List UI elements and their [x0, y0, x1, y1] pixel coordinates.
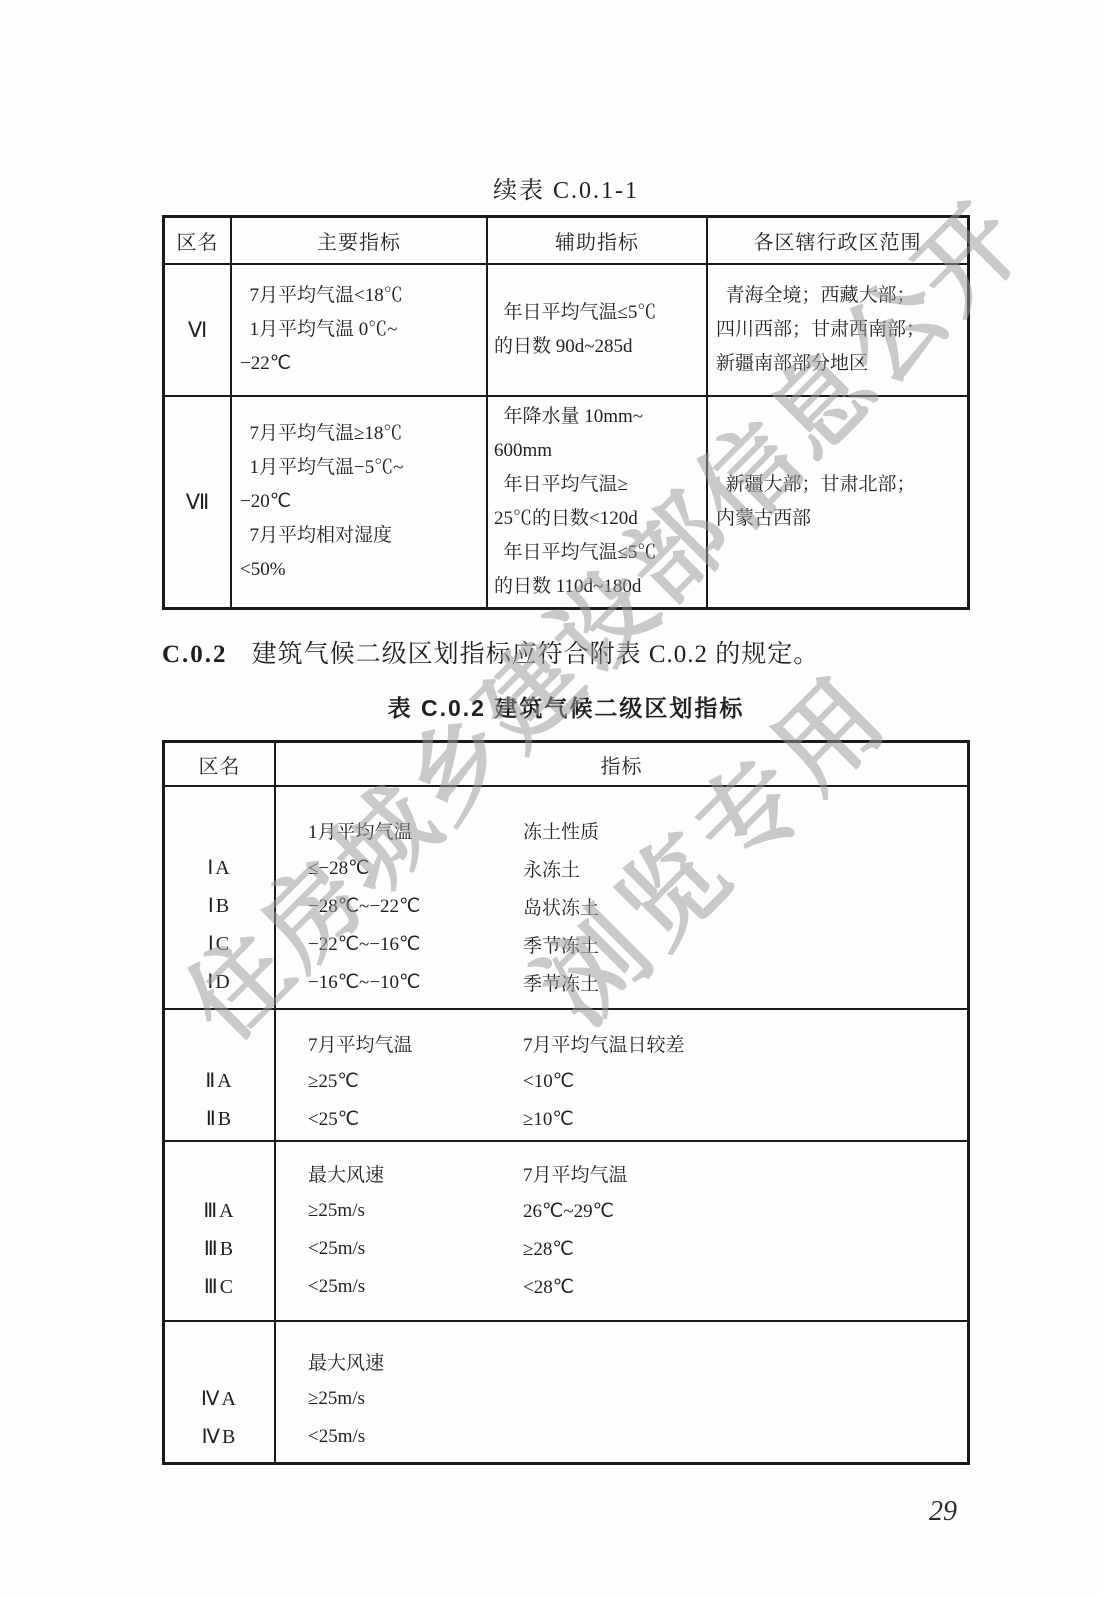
zone-label: ⅠA — [207, 849, 231, 887]
document-page: 续表 C.0.1-1 区名 主要指标 辅助指标 各区辖行政区范围 Ⅵ 7月平均气… — [0, 0, 1103, 1598]
main-indicator: 7月平均气温<18℃ 1月平均气温 0℃~ −22℃ — [232, 265, 488, 395]
indicator-line: −16℃~−10℃ 季节冻土 — [308, 963, 967, 1001]
indicator-header-line: 7月平均气温 7月平均气温日较差 — [308, 1024, 967, 1062]
zone-label: ⅢC — [204, 1268, 235, 1306]
table-row: Ⅶ 7月平均气温≥18℃ 1月平均气温−5℃~ −20℃ 7月平均相对湿度 <5… — [165, 397, 967, 607]
region-scope: 青海全境；西藏大部； 四川西部；甘肃西南部； 新疆南部部分地区 — [708, 265, 967, 395]
indicator-line: <25m/s — [308, 1418, 967, 1456]
table1-header-aux: 辅助指标 — [488, 218, 708, 263]
indicator-line: <25℃ ≥10℃ — [308, 1100, 967, 1138]
table2-title: 表 C.0.2 建筑气候二级区划指标 — [162, 690, 970, 723]
indicator-line: ≤−28℃ 永冻土 — [308, 849, 967, 887]
zone-label: ⅣA — [201, 1380, 238, 1418]
indicator-header-line: 1月平均气温 冻土性质 — [308, 811, 967, 849]
table1-header-row: 区名 主要指标 辅助指标 各区辖行政区范围 — [165, 218, 967, 265]
indicator-column: 最大风速 ≥25m/s <25m/s — [276, 1322, 967, 1462]
zone-label: ⅠC — [208, 925, 231, 963]
table-c011-continued: 区名 主要指标 辅助指标 各区辖行政区范围 Ⅵ 7月平均气温<18℃ 1月平均气… — [162, 215, 970, 610]
zone-label: ⅣB — [202, 1418, 238, 1456]
table2-section-3: ⅢA ⅢB ⅢC 最大风速 7月平均气温 ≥25m/s 26℃~29℃ <25m… — [165, 1142, 967, 1322]
region-scope: 新疆大部；甘肃北部； 内蒙古西部 — [708, 397, 967, 607]
zone-label-column: ⅠA ⅠB ⅠC ⅠD — [165, 787, 276, 1008]
table1-header-region: 各区辖行政区范围 — [708, 218, 967, 263]
indicator-column: 最大风速 7月平均气温 ≥25m/s 26℃~29℃ <25m/s ≥28℃ <… — [276, 1142, 967, 1320]
table2-header-row: 区名 指标 — [165, 743, 967, 787]
zone-label: ⅠD — [207, 963, 231, 1001]
table2-section-4: ⅣA ⅣB 最大风速 ≥25m/s <25m/s — [165, 1322, 967, 1462]
table-c02: 区名 指标 ⅠA ⅠB ⅠC ⅠD 1月平均气温 冻土性质 ≤−28℃ 永冻土 — [162, 740, 970, 1465]
zone-name: Ⅶ — [165, 397, 232, 607]
table2-header-zone: 区名 — [165, 743, 276, 785]
indicator-line: ≥25m/s — [308, 1380, 967, 1418]
indicator-line: −28℃~−22℃ 岛状冻土 — [308, 887, 967, 925]
aux-indicator: 年降水量 10mm~ 600mm 年日平均气温≥ 25℃的日数<120d 年日平… — [488, 397, 708, 607]
zone-label: ⅠB — [208, 887, 231, 925]
zone-label: ⅢB — [204, 1230, 235, 1268]
table1-title: 续表 C.0.1-1 — [162, 170, 970, 205]
main-indicator: 7月平均气温≥18℃ 1月平均气温−5℃~ −20℃ 7月平均相对湿度 <50% — [232, 397, 488, 607]
table2-header-indicator: 指标 — [276, 743, 967, 785]
clause-number: C.0.2 — [162, 641, 228, 668]
clause-c02: C.0.2建筑气候二级区划指标应符合附表 C.0.2 的规定。 — [162, 638, 992, 672]
clause-text: 建筑气候二级区划指标应符合附表 C.0.2 的规定。 — [252, 641, 820, 668]
zone-label-column: ⅣA ⅣB — [165, 1322, 276, 1462]
indicator-line: ≥25℃ <10℃ — [308, 1062, 967, 1100]
table-row: Ⅵ 7月平均气温<18℃ 1月平均气温 0℃~ −22℃ 年日平均气温≤5℃ 的… — [165, 265, 967, 397]
table2-section-2: ⅡA ⅡB 7月平均气温 7月平均气温日较差 ≥25℃ <10℃ <25℃ ≥1… — [165, 1010, 967, 1142]
zone-label-column: ⅢA ⅢB ⅢC — [165, 1142, 276, 1320]
indicator-column: 1月平均气温 冻土性质 ≤−28℃ 永冻土 −28℃~−22℃ 岛状冻土 −22… — [276, 787, 967, 1008]
indicator-line: <25m/s <28℃ — [308, 1268, 967, 1306]
zone-label: ⅡA — [205, 1062, 233, 1100]
table1-header-zone: 区名 — [165, 218, 232, 263]
zone-label: ⅡB — [206, 1100, 233, 1138]
page-number: 29 — [903, 1496, 983, 1528]
indicator-column: 7月平均气温 7月平均气温日较差 ≥25℃ <10℃ <25℃ ≥10℃ — [276, 1010, 967, 1140]
indicator-line: ≥25m/s 26℃~29℃ — [308, 1192, 967, 1230]
aux-indicator: 年日平均气温≤5℃ 的日数 90d~285d — [488, 265, 708, 395]
indicator-header-line: 最大风速 7月平均气温 — [308, 1154, 967, 1192]
zone-label-column: ⅡA ⅡB — [165, 1010, 276, 1140]
indicator-header-line: 最大风速 — [308, 1342, 967, 1380]
indicator-line: <25m/s ≥28℃ — [308, 1230, 967, 1268]
table2-section-1: ⅠA ⅠB ⅠC ⅠD 1月平均气温 冻土性质 ≤−28℃ 永冻土 −28℃~−… — [165, 787, 967, 1010]
zone-name: Ⅵ — [165, 265, 232, 395]
zone-label: ⅢA — [203, 1192, 235, 1230]
table1-header-main: 主要指标 — [232, 218, 488, 263]
indicator-line: −22℃~−16℃ 季节冻土 — [308, 925, 967, 963]
